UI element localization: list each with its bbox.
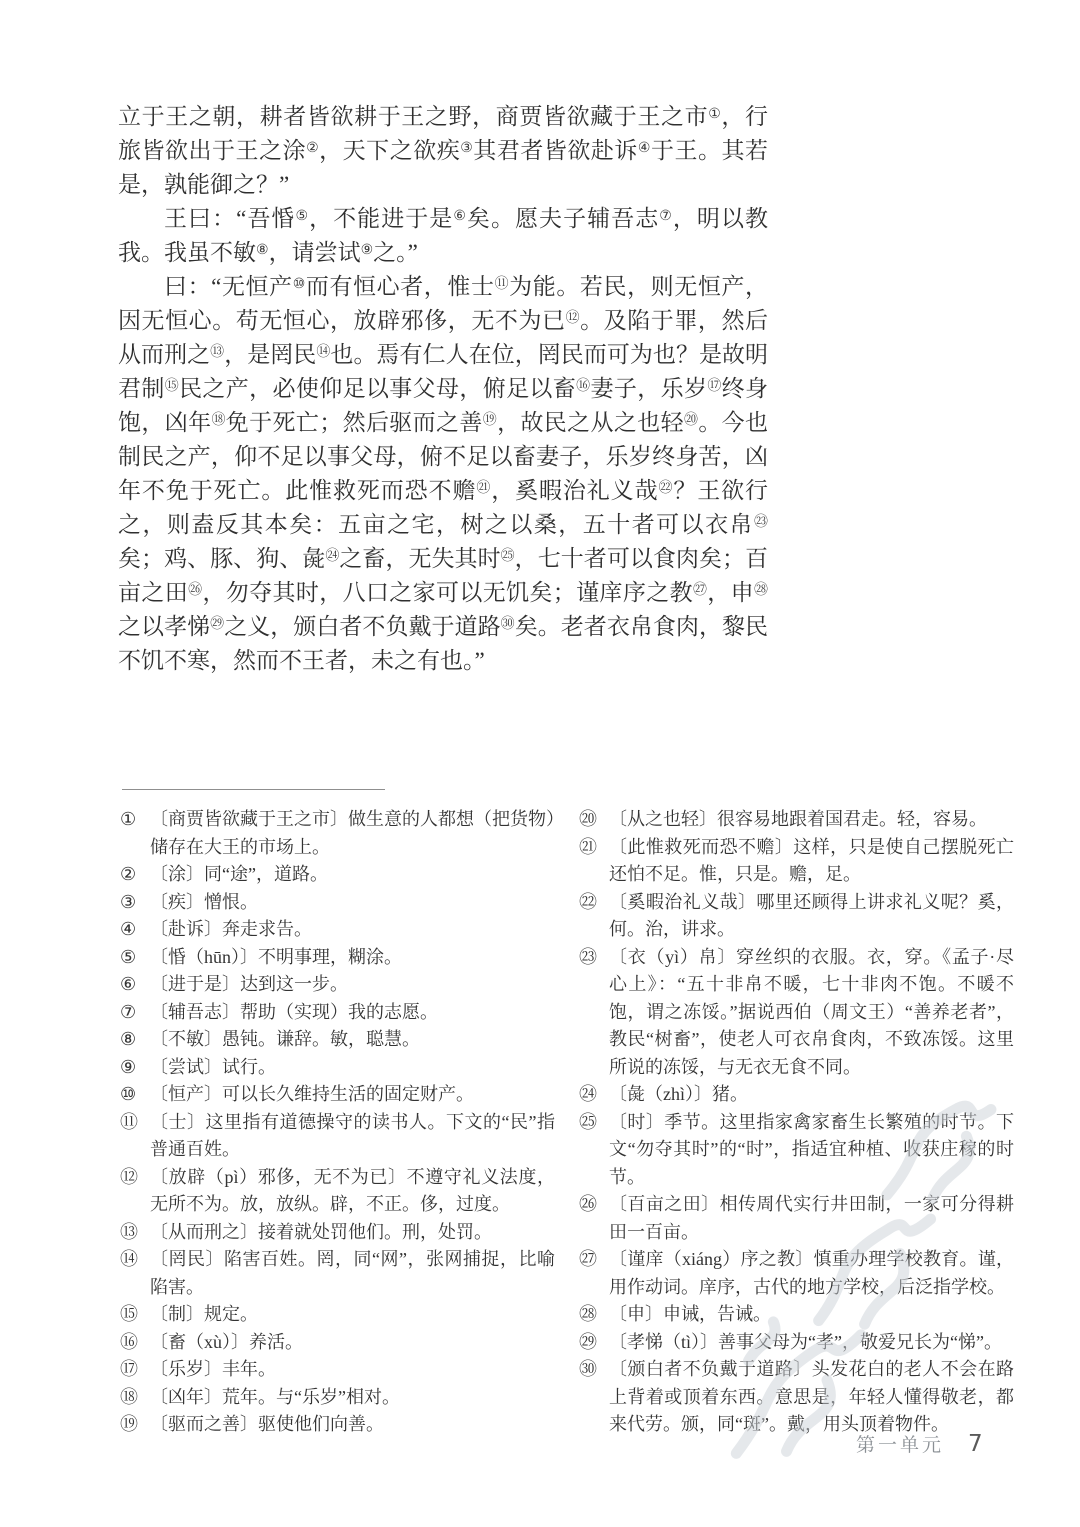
footnote-ref: ⑯ <box>576 379 590 394</box>
footnote-item: ⑨〔尝试〕试行。 <box>120 1054 555 1082</box>
footnote-ref: ⑫ <box>566 311 581 326</box>
footnote-ref: ⑩ <box>293 277 306 292</box>
footnote-number: ⑥ <box>120 971 150 999</box>
footnote-item: ⑫〔放辟（pì）邪侈，无不为已〕不遵守礼义法度，无所不为。放，放纵。辟，不正。侈… <box>120 1164 555 1219</box>
footnote-ref: ㉖ <box>188 583 202 598</box>
footnote-ref: ㉓ <box>754 515 768 530</box>
footnote-number: ㉚ <box>579 1356 609 1439</box>
footnote-item: ⑤〔惛（hūn）〕不明事理，糊涂。 <box>120 944 555 972</box>
footnotes-right-column: ⑳〔从之也轻〕很容易地跟着国君走。轻，容易。㉑〔此惟救死而恐不赡〕这样，只是使自… <box>579 806 1014 1439</box>
footnote-number: ③ <box>120 889 150 917</box>
footnote-ref: ⑪ <box>495 277 510 292</box>
footnote-number: ㉖ <box>579 1191 609 1246</box>
footnote-number: ⑰ <box>120 1356 150 1384</box>
footnote-ref: ③ <box>460 141 473 156</box>
footnote-item: ㉖〔百亩之田〕相传周代实行井田制，一家可分得耕田一百亩。 <box>579 1191 1014 1246</box>
footnote-text: 〔谨庠（xiáng）序之教〕慎重办理学校教育。谨，用作动词。庠序，古代的地方学校… <box>609 1246 1014 1301</box>
footnote-item: ②〔涂〕同“途”，道路。 <box>120 861 555 889</box>
footnote-text: 〔进于是〕达到这一步。 <box>150 971 555 999</box>
footnote-number: ⑦ <box>120 999 150 1027</box>
footnote-item: ⑮〔制〕规定。 <box>120 1301 555 1329</box>
footnote-text: 〔奚暇治礼义哉〕哪里还顾得上讲求礼义呢？奚，何。治，讲求。 <box>609 889 1014 944</box>
footnote-number: ㉒ <box>579 889 609 944</box>
footnote-number: ④ <box>120 916 150 944</box>
footnote-number: ㉘ <box>579 1301 609 1329</box>
footnote-ref: ⑤ <box>295 209 309 224</box>
footnote-text: 〔尝试〕试行。 <box>150 1054 555 1082</box>
footnote-ref: ⑲ <box>483 413 497 428</box>
footnote-text: 〔疾〕憎恨。 <box>150 889 555 917</box>
footnote-ref: ⑱ <box>211 413 225 428</box>
footnote-ref: ⑮ <box>165 379 179 394</box>
footnote-item: ㉚〔颁白者不负戴于道路〕头发花白的老人不会在路上背着或顶着东西。意思是，年轻人懂… <box>579 1356 1014 1439</box>
footnote-number: ㉙ <box>579 1329 609 1357</box>
footnote-number: ㉓ <box>579 944 609 1082</box>
footnote-item: ⑦〔辅吾志〕帮助（实现）我的志愿。 <box>120 999 555 1027</box>
footnote-text: 〔颁白者不负戴于道路〕头发花白的老人不会在路上背着或顶着东西。意思是，年轻人懂得… <box>609 1356 1014 1439</box>
footnote-number: ⑨ <box>120 1054 150 1082</box>
footnote-ref: ㉑ <box>476 481 491 496</box>
unit-label: 第一单元 <box>856 1430 944 1457</box>
footnote-text: 〔孝悌（tì）〕善事父母为“孝”，敬爱兄长为“悌”。 <box>609 1329 1014 1357</box>
footnote-text: 〔放辟（pì）邪侈，无不为已〕不遵守礼义法度，无所不为。放，放纵。辟，不正。侈，… <box>150 1164 555 1219</box>
textbook-page: 立于王之朝，耕者皆欲耕于王之野，商贾皆欲藏于王之市①，行旅皆欲出于王之涂②，天下… <box>0 0 1080 1527</box>
paragraph: 曰：“无恒产⑩而有恒心者，惟士⑪为能。若民，则无恒产，因无恒心。苟无恒心，放辟邪… <box>118 270 768 678</box>
footnote-item: ⑭〔罔民〕陷害百姓。罔，同“网”，张网捕捉，比喻陷害。 <box>120 1246 555 1301</box>
footnote-text: 〔百亩之田〕相传周代实行井田制，一家可分得耕田一百亩。 <box>609 1191 1014 1246</box>
footnote-item: ㉘〔申〕申诫，告诫。 <box>579 1301 1014 1329</box>
footnote-number: ⑧ <box>120 1026 150 1054</box>
footnote-item: ⑰〔乐岁〕丰年。 <box>120 1356 555 1384</box>
footnote-text: 〔乐岁〕丰年。 <box>150 1356 555 1384</box>
footnote-text: 〔此惟救死而恐不赡〕这样，只是使自己摆脱死亡还怕不足。惟，只是。赡，足。 <box>609 834 1014 889</box>
footnote-item: ⑲〔驱而之善〕驱使他们向善。 <box>120 1411 555 1439</box>
footnote-text: 〔凶年〕荒年。与“乐岁”相对。 <box>150 1384 555 1412</box>
footnote-number: ⑪ <box>120 1109 150 1164</box>
footnote-item: ㉔〔彘（zhì）〕猪。 <box>579 1081 1014 1109</box>
footnote-number: ㉔ <box>579 1081 609 1109</box>
footnote-item: ⑳〔从之也轻〕很容易地跟着国君走。轻，容易。 <box>579 806 1014 834</box>
footnote-number: ⑮ <box>120 1301 150 1329</box>
footnote-number: ㉗ <box>579 1246 609 1301</box>
footnote-text: 〔申〕申诫，告诫。 <box>609 1301 1014 1329</box>
footnote-number: ㉕ <box>579 1109 609 1192</box>
footnote-item: ⑪〔士〕这里指有道德操守的读书人。下文的“民”指普通百姓。 <box>120 1109 555 1164</box>
footnote-number: ⑫ <box>120 1164 150 1219</box>
footnote-ref: ㉕ <box>501 549 515 564</box>
footnote-text: 〔惛（hūn）〕不明事理，糊涂。 <box>150 944 555 972</box>
footnote-text: 〔衣（yì）帛〕穿丝织的衣服。衣，穿。《孟子·尽心上》：“五十非帛不暖，七十非肉… <box>609 944 1014 1082</box>
footnote-number: ⑲ <box>120 1411 150 1439</box>
footnote-ref: ㉔ <box>325 549 339 564</box>
footnote-ref: ② <box>306 141 319 156</box>
footnote-text: 〔制〕规定。 <box>150 1301 555 1329</box>
footnote-ref: ⑰ <box>707 379 721 394</box>
footnote-ref: ⑦ <box>659 209 673 224</box>
footnote-ref: ㉘ <box>754 583 768 598</box>
paragraph: 立于王之朝，耕者皆欲耕于王之野，商贾皆欲藏于王之市①，行旅皆欲出于王之涂②，天下… <box>118 100 768 202</box>
footnote-ref: ⑧ <box>256 243 269 258</box>
footnote-item: ⑬〔从而刑之〕接着就处罚他们。刑，处罚。 <box>120 1219 555 1247</box>
footnote-text: 〔恒产〕可以长久维持生活的固定财产。 <box>150 1081 555 1109</box>
footnote-text: 〔从而刑之〕接着就处罚他们。刑，处罚。 <box>150 1219 555 1247</box>
footnote-number: ⑱ <box>120 1384 150 1412</box>
footnote-number: ⑩ <box>120 1081 150 1109</box>
footnote-text: 〔辅吾志〕帮助（实现）我的志愿。 <box>150 999 555 1027</box>
footnote-ref: ㉗ <box>693 583 707 598</box>
footnote-item: ⑱〔凶年〕荒年。与“乐岁”相对。 <box>120 1384 555 1412</box>
footnote-ref: ⑭ <box>316 345 330 360</box>
footnote-item: ㉒〔奚暇治礼义哉〕哪里还顾得上讲求礼义呢？奚，何。治，讲求。 <box>579 889 1014 944</box>
footnote-ref: ㉒ <box>658 481 673 496</box>
footnote-text: 〔罔民〕陷害百姓。罔，同“网”，张网捕捉，比喻陷害。 <box>150 1246 555 1301</box>
footnote-item: ④〔赴诉〕奔走求告。 <box>120 916 555 944</box>
footnote-item: ⑧〔不敏〕愚钝。谦辞。敏，聪慧。 <box>120 1026 555 1054</box>
footnote-number: ⑯ <box>120 1329 150 1357</box>
footnote-text: 〔涂〕同“途”，道路。 <box>150 861 555 889</box>
footnote-item: ㉓〔衣（yì）帛〕穿丝织的衣服。衣，穿。《孟子·尽心上》：“五十非帛不暖，七十非… <box>579 944 1014 1082</box>
footnote-text: 〔时〕季节。这里指家禽家畜生长繁殖的时节。下文“勿夺其时”的“时”，指适宜种植、… <box>609 1109 1014 1192</box>
footnote-item: ⑯〔畜（xù）〕养活。 <box>120 1329 555 1357</box>
footnote-ref: ⑨ <box>361 243 374 258</box>
footnote-text: 〔畜（xù）〕养活。 <box>150 1329 555 1357</box>
footnote-item: ⑩〔恒产〕可以长久维持生活的固定财产。 <box>120 1081 555 1109</box>
footnote-item: ③〔疾〕憎恨。 <box>120 889 555 917</box>
footnote-text: 〔不敏〕愚钝。谦辞。敏，聪慧。 <box>150 1026 555 1054</box>
footnotes-left-column: ①〔商贾皆欲藏于王之市〕做生意的人都想（把货物）储存在大王的市场上。②〔涂〕同“… <box>120 806 555 1439</box>
footnote-text: 〔彘（zhì）〕猪。 <box>609 1081 1014 1109</box>
footnote-number: ⑳ <box>579 806 609 834</box>
footnote-text: 〔商贾皆欲藏于王之市〕做生意的人都想（把货物）储存在大王的市场上。 <box>150 806 555 861</box>
footnote-text: 〔驱而之善〕驱使他们向善。 <box>150 1411 555 1439</box>
footnote-item: ㉑〔此惟救死而恐不赡〕这样，只是使自己摆脱死亡还怕不足。惟，只是。赡，足。 <box>579 834 1014 889</box>
footnote-ref: ⑥ <box>453 209 467 224</box>
footnote-divider <box>122 789 385 790</box>
page-footer: 第一单元 7 <box>856 1430 983 1457</box>
footnote-text: 〔赴诉〕奔走求告。 <box>150 916 555 944</box>
footnote-ref: ⑬ <box>210 345 224 360</box>
footnote-ref: ⑳ <box>684 413 698 428</box>
footnote-text: 〔从之也轻〕很容易地跟着国君走。轻，容易。 <box>609 806 1014 834</box>
footnote-number: ㉑ <box>579 834 609 889</box>
footnote-item: ⑥〔进于是〕达到这一步。 <box>120 971 555 999</box>
footnote-item: ①〔商贾皆欲藏于王之市〕做生意的人都想（把货物）储存在大王的市场上。 <box>120 806 555 861</box>
footnote-ref: ① <box>708 107 721 122</box>
footnote-ref: ④ <box>638 141 651 156</box>
footnote-item: ㉗〔谨庠（xiáng）序之教〕慎重办理学校教育。谨，用作动词。庠序，古代的地方学… <box>579 1246 1014 1301</box>
footnotes-section: ①〔商贾皆欲藏于王之市〕做生意的人都想（把货物）储存在大王的市场上。②〔涂〕同“… <box>120 806 1014 1439</box>
footnote-text: 〔士〕这里指有道德操守的读书人。下文的“民”指普通百姓。 <box>150 1109 555 1164</box>
footnote-item: ㉙〔孝悌（tì）〕善事父母为“孝”，敬爱兄长为“悌”。 <box>579 1329 1014 1357</box>
main-text: 立于王之朝，耕者皆欲耕于王之野，商贾皆欲藏于王之市①，行旅皆欲出于王之涂②，天下… <box>118 100 768 678</box>
footnote-number: ② <box>120 861 150 889</box>
page-number: 7 <box>968 1431 983 1457</box>
footnote-number: ⑤ <box>120 944 150 972</box>
footnote-item: ㉕〔时〕季节。这里指家禽家畜生长繁殖的时节。下文“勿夺其时”的“时”，指适宜种植… <box>579 1109 1014 1192</box>
paragraph: 王曰：“吾惛⑤，不能进于是⑥矣。愿夫子辅吾志⑦，明以教我。我虽不敏⑧，请尝试⑨之… <box>118 202 768 270</box>
footnote-number: ① <box>120 806 150 861</box>
footnote-ref: ㉙ <box>210 617 224 632</box>
footnote-ref: ㉚ <box>501 617 515 632</box>
footnote-number: ⑬ <box>120 1219 150 1247</box>
footnote-number: ⑭ <box>120 1246 150 1301</box>
